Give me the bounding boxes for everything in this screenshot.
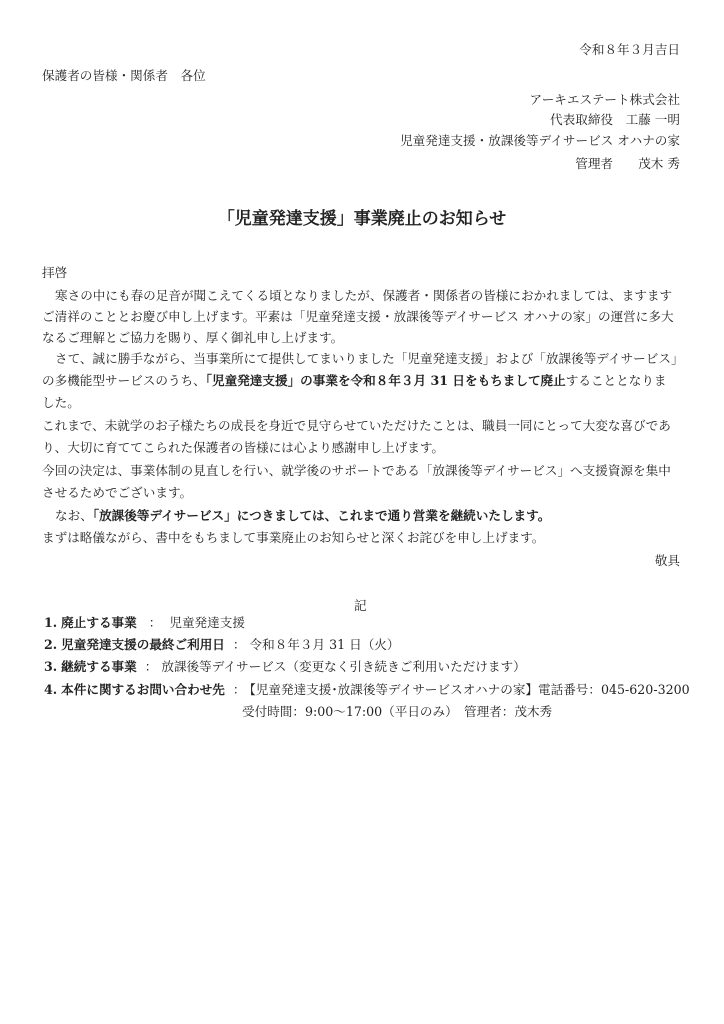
detail-item-4-number: 4. <box>44 682 57 697</box>
continuation-notice: 「放課後等デイサービス」につきましては、これまで通り営業を継続いたします。 <box>93 508 551 523</box>
detail-item-1-value: 児童発達支援 <box>169 615 245 630</box>
paragraph-2-line-3: した。 <box>42 397 80 410</box>
detail-item-3-label: 継続する事業 <box>61 659 137 674</box>
closure-announcement: 「児童発達支援」の事業を令和８年３月 31 日をもちまして廃止 <box>206 373 566 388</box>
paragraph-1-line-2: ご清祥のこととお慶び申し上げます。平素は「児童発達支援・放課後等デイサービス オ… <box>42 311 674 324</box>
detail-item-2-value: 令和８年３月 31 日（火） <box>250 637 400 652</box>
detail-item-2-number: 2. <box>44 637 57 652</box>
document-date: 令和８年３月吉日 <box>579 44 680 57</box>
detail-item-3-value: 放課後等デイサービス（変更なく引き続きご利用いただけます） <box>161 659 525 674</box>
sender-manager: 管理者 茂木 秀 <box>575 158 680 171</box>
paragraph-3-line-1: これまで、未就学のお子様たちの成長を身近で見守らせていただけたことは、職員一同に… <box>42 420 671 433</box>
detail-item-4-label: 本件に関するお問い合わせ先 <box>61 682 225 697</box>
paragraph-2-text: の多機能型サービスのうち、 <box>42 373 206 388</box>
paragraph-4-line-2: させるためでございます。 <box>42 487 192 500</box>
paragraph-2-text-end: することとなりま <box>566 373 667 388</box>
paragraph-1-line-3: なるご理解とご協力を賜り、厚く御礼申し上げます。 <box>42 332 343 345</box>
addressee: 保護者の皆様・関係者 各位 <box>42 70 206 83</box>
sender-facility: 児童発達支援・放課後等デイサービス オハナの家 <box>400 135 680 148</box>
opening-salutation: 拝啓 <box>42 267 67 280</box>
detail-item-4-separator: ： <box>233 682 246 697</box>
closing-salutation: 敬具 <box>655 555 680 568</box>
paragraph-6: まずは略儀ながら、書中をもちまして事業廃止のお知らせと深くお詫びを申し上げます。 <box>42 532 544 545</box>
detail-item-2: 2. 児童発達支援の最終ご利用日 ：令和８年３月 31 日（火） <box>44 639 399 652</box>
paragraph-3-line-2: り、大切に育ててこられた保護者の皆様には心より感謝申し上げます。 <box>42 442 444 455</box>
detail-item-4-value: 【児童発達支援･放課後等デイサービスオハナの家】電話番号：045-620-320… <box>250 682 690 697</box>
detail-item-3-number: 3. <box>44 659 57 674</box>
document-title: 「児童発達支援」事業廃止のお知らせ <box>0 211 724 228</box>
detail-item-3-separator: ： <box>145 659 158 674</box>
detail-item-1-separator: ： <box>149 615 162 630</box>
paragraph-4-line-1: 今回の決定は、事業体制の見直しを行い、就学後のサポートである「放課後等デイサービ… <box>42 465 671 478</box>
detail-item-1-number: 1. <box>44 615 57 630</box>
details-heading: 記 <box>354 600 367 613</box>
paragraph-5: なお、「放課後等デイサービス」につきましては、これまで通り営業を継続いたします。 <box>55 510 550 523</box>
paragraph-1-line-1: 寒さの中にも春の足音が聞こえてくる頃となりましたが、保護者・関係者の皆様におかれ… <box>55 290 672 303</box>
detail-item-1-label: 廃止する事業 <box>61 615 137 630</box>
detail-item-2-label: 児童発達支援の最終ご利用日 <box>61 637 225 652</box>
paragraph-2-line-2: の多機能型サービスのうち、「児童発達支援」の事業を令和８年３月 31 日をもちま… <box>42 375 667 388</box>
paragraph-2-line-1: さて、誠に勝手ながら、当事業所にて提供してまいりました「児童発達支援」および「放… <box>55 353 684 366</box>
detail-item-1: 1. 廃止する事業 ：児童発達支援 <box>44 617 245 630</box>
contact-hours: 受付時間：9:00～17:00（平日のみ） 管理者：茂木秀 <box>242 706 552 719</box>
sender-company: アーキエステート株式会社 <box>530 94 681 107</box>
paragraph-5-text: なお、 <box>55 508 93 523</box>
detail-item-4: 4. 本件に関するお問い合わせ先 ：【児童発達支援･放課後等デイサービスオハナの… <box>44 684 690 697</box>
detail-item-3: 3. 継続する事業 ：放課後等デイサービス（変更なく引き続きご利用いただけます） <box>44 661 526 674</box>
sender-representative: 代表取締役 工藤 一明 <box>550 114 680 127</box>
detail-item-2-separator: ： <box>233 637 246 652</box>
